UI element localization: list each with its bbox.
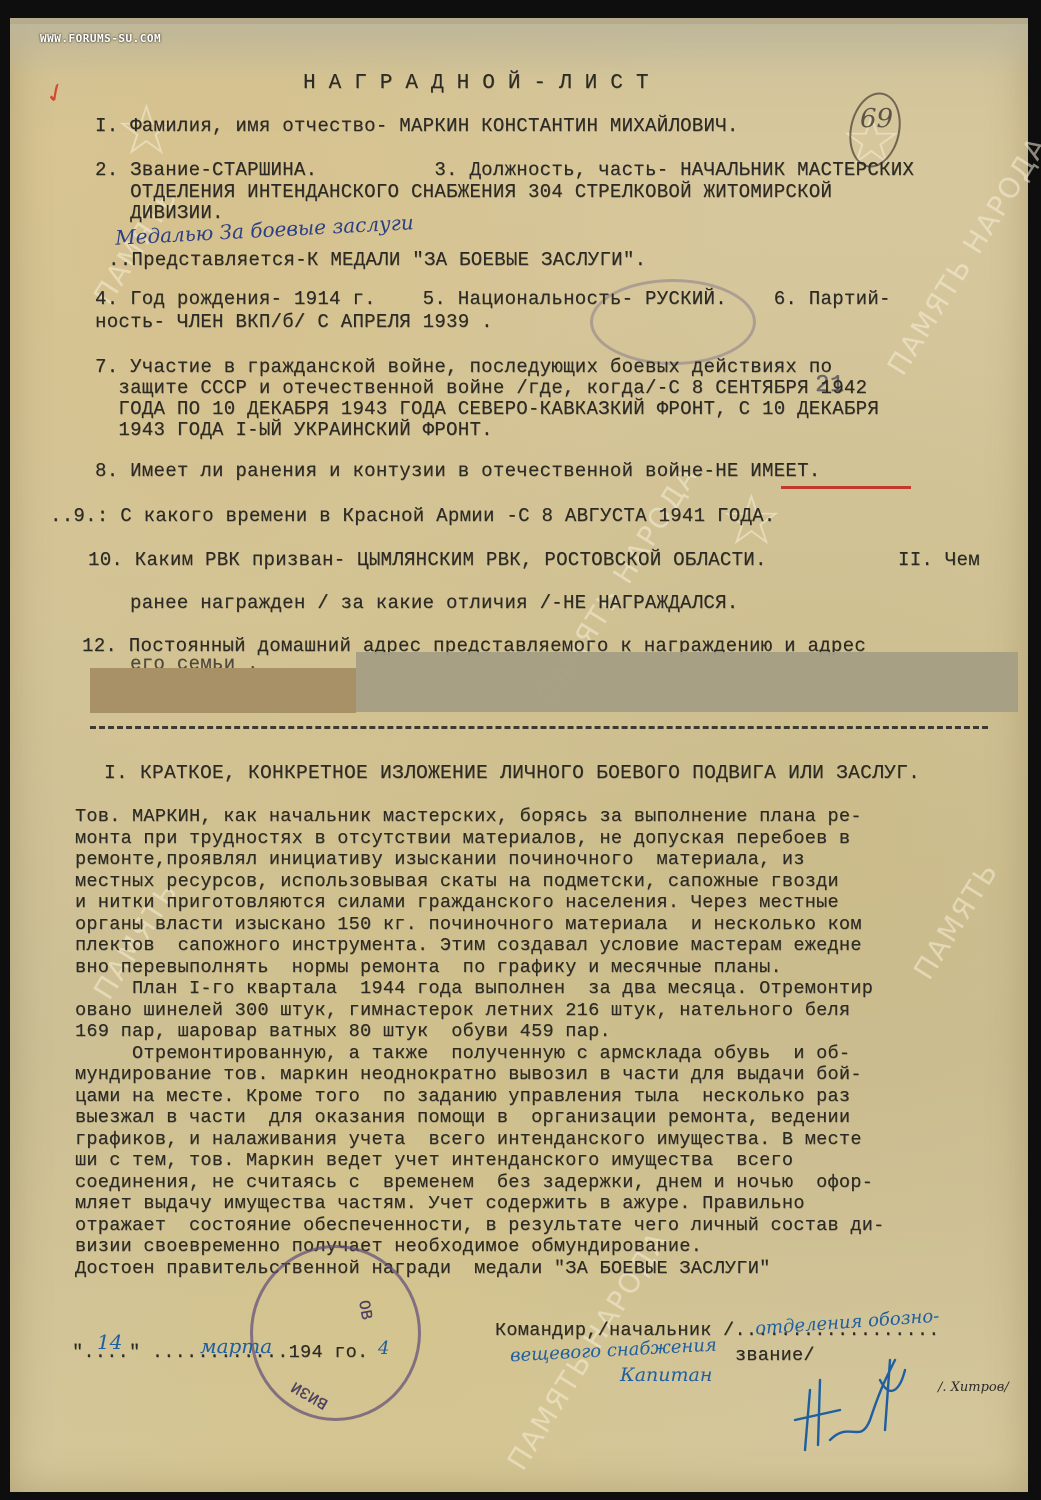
site-watermark-label: WWW.FORUMS-SU.COM bbox=[40, 32, 161, 45]
field-7-line2: защите СССР и отечественной войне /где, … bbox=[95, 378, 867, 398]
narrative-line: мундирование тов. маркин неоднократно вы… bbox=[75, 1064, 862, 1086]
watermark-line1: ПАМЯТЬ bbox=[881, 251, 979, 381]
commander-rank-handwritten: Капитан bbox=[620, 1364, 712, 1386]
narrative-line: ремонте,проявлял инициативу изыскании по… bbox=[75, 849, 805, 871]
narrative-line: Тов. МАРКИН, как начальник мастерских, б… bbox=[75, 806, 862, 828]
narrative-line: 169 пар, шаровар ватных 80 штук обуви 45… bbox=[75, 1021, 611, 1043]
field-4-6-birth-nationality-party: 4. Год рождения- 1914 г. 5. Национальнос… bbox=[95, 289, 891, 309]
narrative-line: ши с тем, тов. Маркин ведет учет интенда… bbox=[75, 1150, 793, 1172]
field-1-name: I. Фамилия, имя отчество- МАРКИН КОНСТАН… bbox=[95, 116, 739, 136]
document-title: НАГРАДНОЙ-ЛИСТ bbox=[303, 74, 661, 94]
field-6-party-cont: ность- ЧЛЕН ВКП/б/ С АПРЕЛЯ 1939 . bbox=[95, 312, 493, 332]
narrative-line: Достоен правительственной награди медали… bbox=[75, 1258, 771, 1280]
narrative-line: мляет выдачу имущества частям. Учет соде… bbox=[75, 1193, 805, 1215]
date-year-digit-handwritten: 4 bbox=[378, 1338, 389, 1359]
narrative-line: органы власти изыскано 150 кг. починочно… bbox=[75, 914, 862, 936]
field-3-unit-cont: ДИВИЗИИ. bbox=[95, 203, 224, 223]
narrative-line: овано шинелей 300 штук, гимнастерок летн… bbox=[75, 1000, 850, 1022]
watermark-line1: ПАМЯТЬ bbox=[907, 856, 1005, 986]
stamp-text: ОВ bbox=[353, 1299, 376, 1322]
narrative-line: графиков, и налаживания учета всего инте… bbox=[75, 1129, 862, 1151]
pencil-sheet-number: 69 bbox=[860, 104, 893, 134]
watermark-line2: НАРОДА bbox=[956, 130, 1041, 260]
signatory-name: /. Хитров/ bbox=[938, 1380, 1009, 1395]
narrative-line: соединения, не считаясь с временем без з… bbox=[75, 1172, 873, 1194]
field-8-wounds: 8. Имеет ли ранения и контузии в отечест… bbox=[95, 461, 821, 481]
address-redaction bbox=[90, 668, 356, 713]
archive-watermark: ПАМЯТЬ bbox=[907, 856, 1005, 986]
narrative-line: отражает состояние обеспеченности, в рез… bbox=[75, 1215, 885, 1237]
section-divider bbox=[90, 726, 988, 729]
commander-signature bbox=[790, 1350, 910, 1455]
narrative-line: визии своевременно получает необходимое … bbox=[75, 1236, 702, 1258]
narrative-line: Отремонтированную, а также полученную с … bbox=[75, 1043, 850, 1065]
presented-for-award: ..Представляется-К МЕДАЛИ "ЗА БОЕВЫЕ ЗАС… bbox=[108, 250, 646, 270]
field-10-draft-office: 10. Каким РВК призван- ЦЫМЛЯНСКИМ РВК, Р… bbox=[88, 550, 767, 570]
narrative-line: План I-го квартала 1944 года выполнен за… bbox=[75, 978, 873, 1000]
field-11-label: II. Чем bbox=[898, 550, 980, 570]
date-month-handwritten: марта bbox=[200, 1334, 272, 1358]
unit-round-stamp bbox=[250, 1245, 421, 1421]
red-pencil-checkmark-icon: ✓ bbox=[40, 76, 72, 115]
field-7-war-participation: 7. Участие в гражданской войне, последую… bbox=[95, 357, 832, 377]
narrative-line: монта при трудностях в отсутствии матери… bbox=[75, 828, 850, 850]
field-9-service-since: ..9.: С какого времени в Красной Армии -… bbox=[50, 506, 776, 526]
field-2-rank-position: 2. Звание-СТАРШИНА. 3. Должность, часть-… bbox=[95, 160, 914, 180]
narrative-line: местных ресурсов, использовывая скаты на… bbox=[75, 871, 839, 893]
field-7-line3: ГОДА ПО 10 ДЕКАБРЯ 1943 ГОДА СЕВЕРО-КАВК… bbox=[95, 399, 879, 419]
address-redaction bbox=[356, 652, 1018, 712]
narrative-line: вно перевыполнять нормы ремонта по графи… bbox=[75, 957, 782, 979]
field-7-line4: 1943 ГОДА I-ЫЙ УКРАИНСКИЙ ФРОНТ. bbox=[95, 420, 493, 440]
field-11-prior-awards: ранее награжден / за какие отличия /-НЕ … bbox=[130, 593, 739, 613]
narrative-line: плектов сапожного инструмента. Этим созд… bbox=[75, 935, 862, 957]
narrative-line: цами на месте. Кроме того по заданию упр… bbox=[75, 1086, 850, 1108]
red-underline-mark bbox=[781, 486, 911, 489]
date-day-handwritten: 14 bbox=[97, 1330, 122, 1354]
narrative-line: и нитки приготовляются силами гражданско… bbox=[75, 892, 839, 914]
field-3-unit: ОТДЕЛЕНИЯ ИНТЕНДАНСКОГО СНАБЖЕНИЯ 304 СТ… bbox=[95, 182, 832, 202]
section-heading: I. КРАТКОЕ, КОНКРЕТНОЕ ИЗЛОЖЕНИЕ ЛИЧНОГО… bbox=[104, 763, 920, 783]
narrative-line: выезжал в части для оказания помощи в ор… bbox=[75, 1107, 850, 1129]
